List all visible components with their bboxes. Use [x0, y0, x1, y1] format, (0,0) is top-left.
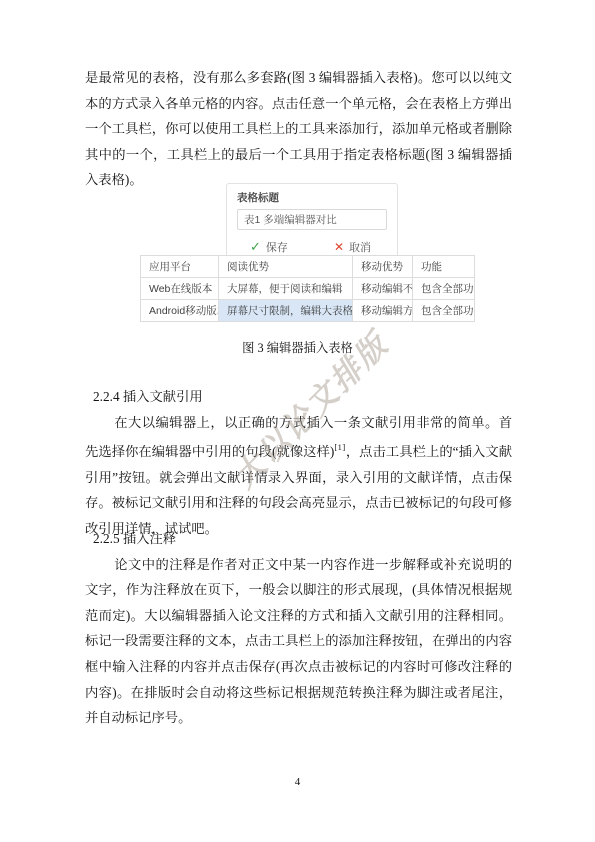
section-2-2-5: 2.2.5 插入注释 论文中的注释是作者对正文中某一内容作进一步解释或补充说明的… [85, 526, 512, 731]
table-header-cell: 移动优势 [353, 256, 413, 278]
table-row: Android移动版本 屏幕尺寸限制，编辑大表格不便 移动编辑方便 包含全部功能 [141, 300, 475, 322]
close-icon: ✕ [334, 240, 344, 254]
section-heading: 2.2.4 插入文献引用 [85, 384, 512, 410]
section-heading: 2.2.5 插入注释 [85, 526, 512, 552]
citation-marker: [1] [334, 442, 345, 452]
table-cell: Web在线版本 [141, 278, 219, 300]
section-2-2-4: 2.2.4 插入文献引用 在大以编辑器上，以正确的方式插入一条文献引用非常的简单… [85, 384, 512, 542]
document-page: 大以论文排版 是最常见的表格，没有那么多套路(图 3 编辑器插入表格)。您可以以… [0, 0, 595, 842]
check-icon: ✓ [250, 239, 261, 255]
table-row: Web在线版本 大屏幕，便于阅读和编辑 移动编辑不便 包含全部功能 [141, 278, 475, 300]
table-cell-selected: 屏幕尺寸限制，编辑大表格不便 [219, 300, 353, 322]
section-paragraph: 论文中的注释是作者对正文中某一内容作进一步解释或补充说明的文字，作为注释放在页下… [85, 552, 512, 731]
selected-cell-text-before-cursor: 屏幕尺寸限制，编辑大表格 [227, 305, 353, 317]
table-cell: 大屏幕，便于阅读和编辑 [219, 278, 353, 300]
popup-button-row: ✓ 保存 ✕ 取消 [237, 230, 387, 255]
figure-table-title-popup: 表格标题 ✓ 保存 ✕ 取消 [226, 183, 398, 264]
table-header-cell: 功能 [413, 256, 475, 278]
table-header-row: 应用平台 阅读优势 移动优势 功能 [141, 256, 475, 278]
intro-paragraph-text: 是最常见的表格，没有那么多套路(图 3 编辑器插入表格)。您可以以纯文本的方式录… [85, 65, 512, 193]
table-header-cell: 应用平台 [141, 256, 219, 278]
table-cell: 包含全部功能 [413, 278, 475, 300]
table-title-input[interactable] [237, 209, 387, 230]
table-header-cell: 阅读优势 [219, 256, 353, 278]
intro-paragraph: 是最常见的表格，没有那么多套路(图 3 编辑器插入表格)。您可以以纯文本的方式录… [85, 65, 512, 193]
section-paragraph: 在大以编辑器上，以正确的方式插入一条文献引用非常的简单。首先选择你在编辑器中引用… [85, 410, 512, 542]
table-cell: 移动编辑不便 [353, 278, 413, 300]
table-cell: Android移动版本 [141, 300, 219, 322]
table-cell: 包含全部功能 [413, 300, 475, 322]
figure-caption: 图 3 编辑器插入表格 [0, 338, 595, 356]
save-button[interactable]: ✓ 保存 [250, 239, 288, 255]
page-number: 4 [0, 777, 595, 788]
figure-comparison-table: 应用平台 阅读优势 移动优势 功能 Web在线版本 大屏幕，便于阅读和编辑 移动… [140, 255, 475, 322]
cancel-button[interactable]: ✕ 取消 [334, 239, 371, 255]
cancel-button-label: 取消 [349, 239, 371, 255]
table-cell: 移动编辑方便 [353, 300, 413, 322]
save-button-label: 保存 [266, 239, 288, 255]
table-title-label: 表格标题 [237, 190, 387, 205]
